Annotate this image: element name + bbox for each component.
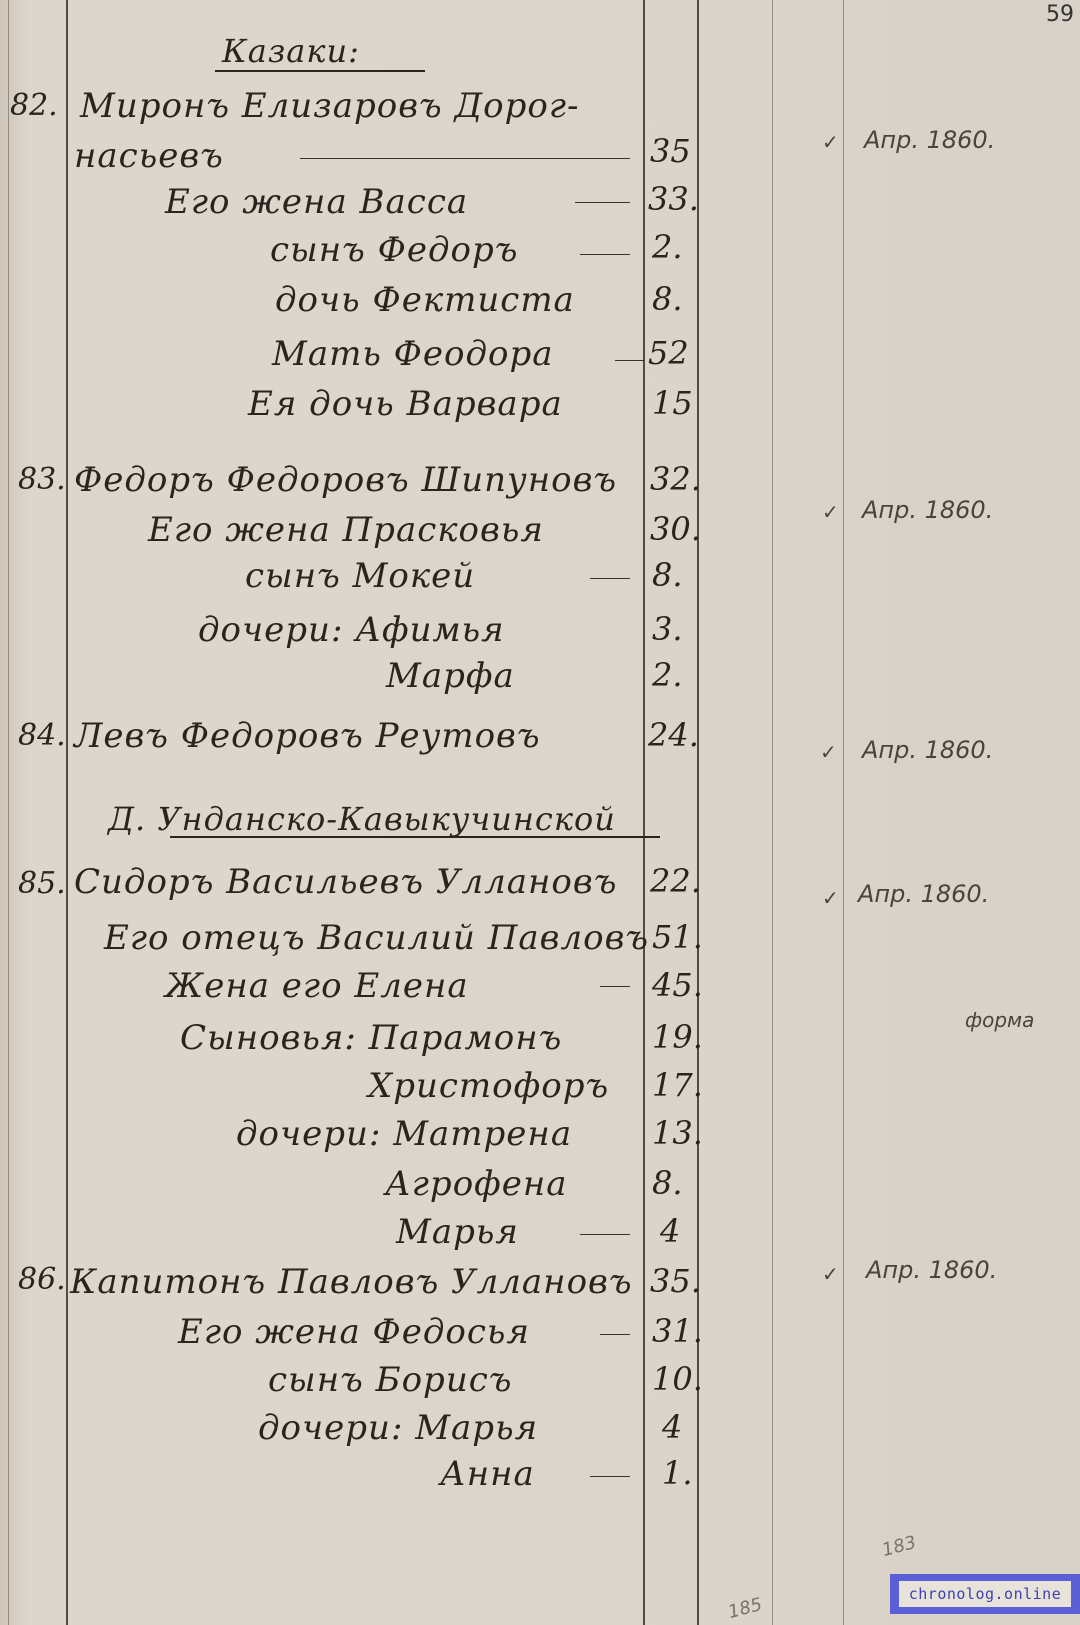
leader-dash: [600, 1334, 630, 1335]
entry-line: Жена его Елена: [165, 966, 469, 1006]
annotation: Апр. 1860.: [864, 126, 995, 154]
age-value: 10.: [652, 1360, 703, 1398]
check-mark-icon: ✓: [822, 886, 839, 910]
age-value: 3.: [652, 610, 683, 648]
entry-number: 86.: [18, 1262, 66, 1297]
entry-line: Его отецъ Василий Павловъ: [104, 918, 649, 958]
entry-line: Его жена Федосья: [178, 1312, 530, 1352]
entry-line: Мать Феодора: [272, 334, 554, 374]
leader-dash: [580, 254, 630, 255]
entry-line: Ея дочь Варвара: [248, 384, 563, 424]
entry-line: Марья: [396, 1212, 519, 1252]
margin-rule: [8, 0, 9, 1625]
age-value: 4: [662, 1408, 682, 1446]
entry-line: Марфа: [386, 656, 515, 696]
annotation: Апр. 1860.: [866, 1256, 997, 1284]
age-value: 8.: [652, 1164, 683, 1202]
age-value: 4: [660, 1212, 680, 1250]
side-mark: форма: [965, 1008, 1034, 1032]
entry-line: насьевъ: [74, 136, 224, 176]
age-value: 35: [650, 132, 691, 170]
entry-line: Христофоръ: [368, 1066, 609, 1106]
entry-line: дочери: Афимья: [198, 610, 505, 650]
entry-number: 83.: [18, 462, 66, 497]
age-value: 24.: [648, 716, 699, 754]
check-mark-icon: ✓: [822, 130, 839, 154]
check-mark-icon: ✓: [822, 500, 839, 524]
watermark-text: chronolog.online: [899, 1581, 1072, 1607]
entry-line: Левъ Федоровъ Реутовъ: [74, 716, 541, 756]
age-value: 15: [652, 384, 693, 422]
age-value: 52: [648, 334, 689, 372]
age-value: 2.: [652, 228, 683, 266]
age-value: 19.: [652, 1018, 703, 1056]
column-rule-4: [843, 0, 844, 1625]
page-number: 59: [1046, 2, 1074, 27]
check-mark-icon: ✓: [822, 1262, 839, 1286]
age-value: 35.: [650, 1262, 701, 1300]
entry-line: Анна: [440, 1454, 535, 1494]
pencil-mark: 185: [726, 1594, 765, 1623]
age-value: 13.: [652, 1114, 703, 1152]
entry-number: 82.: [10, 88, 58, 123]
entry-line: дочери: Марья: [258, 1408, 538, 1448]
leader-dash: [590, 1476, 630, 1477]
leader-dash: [580, 1234, 630, 1235]
annotation: Апр. 1860.: [862, 736, 993, 764]
age-value: 30.: [650, 510, 701, 548]
entry-line: сынъ Федоръ: [270, 230, 518, 270]
ledger-page: 59 Казаки: 82. Миронъ Елизаровъ Дорог- н…: [0, 0, 1080, 1625]
age-column-left-rule: [643, 0, 645, 1625]
number-column-rule: [66, 0, 68, 1625]
annotation: Апр. 1860.: [862, 496, 993, 524]
pencil-mark: 183: [880, 1532, 919, 1561]
age-value: 51.: [652, 918, 703, 956]
entry-line: Миронъ Елизаровъ Дорог-: [80, 86, 580, 126]
entry-line: Сидоръ Васильевъ Уллановъ: [74, 862, 617, 902]
entry-line: Его жена Васса: [165, 182, 468, 222]
annotation: Апр. 1860.: [858, 880, 989, 908]
entry-line: Федоръ Федоровъ Шипуновъ: [74, 460, 617, 500]
entry-number: 85.: [18, 866, 66, 901]
entry-line: сынъ Мокей: [245, 556, 475, 596]
entry-line: дочь Фектиста: [275, 280, 575, 320]
column-rule-3: [772, 0, 773, 1625]
age-value: 8.: [652, 280, 683, 318]
age-value: 45.: [652, 966, 703, 1004]
age-value: 2.: [652, 656, 683, 694]
check-mark-icon: ✓: [820, 740, 837, 764]
section-heading: Д. Унданско-Кавыкучинской: [108, 800, 616, 838]
entry-number: 84.: [18, 718, 66, 753]
age-value: 17.: [652, 1066, 703, 1104]
age-value: 32.: [650, 460, 701, 498]
heading-underline: [215, 70, 425, 72]
entry-line: дочери: Матрена: [236, 1114, 572, 1154]
age-value: 31.: [652, 1312, 703, 1350]
entry-line: Его жена Прасковья: [148, 510, 544, 550]
leader-dash: [300, 158, 630, 159]
leader-dash: [615, 360, 645, 361]
entry-line: Капитонъ Павловъ Уллановъ: [70, 1262, 633, 1302]
entry-line: сынъ Борисъ: [268, 1360, 512, 1400]
section-heading: Казаки:: [222, 32, 360, 70]
heading-underline: [170, 836, 660, 838]
watermark-badge: chronolog.online: [890, 1574, 1080, 1614]
entry-line: Сыновья: Парамонъ: [180, 1018, 562, 1058]
leader-dash: [590, 578, 630, 579]
age-value: 8.: [652, 556, 683, 594]
age-value: 1.: [662, 1454, 693, 1492]
leader-dash: [600, 986, 630, 987]
entry-line: Агрофена: [385, 1164, 568, 1204]
age-value: 33.: [648, 180, 699, 218]
age-value: 22.: [650, 862, 701, 900]
leader-dash: [575, 202, 630, 203]
